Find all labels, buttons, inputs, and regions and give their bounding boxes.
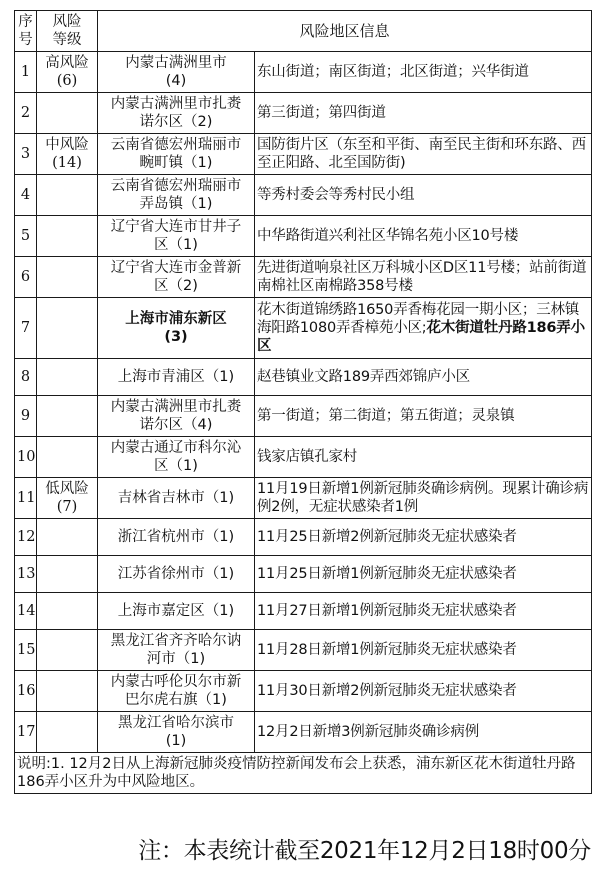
area-name-line: 诺尔区（2) bbox=[100, 113, 252, 131]
area-name-cell: 吉林省吉林市（1) bbox=[98, 478, 255, 519]
area-name-line: 区（1) bbox=[100, 236, 252, 254]
risk-area-table: 序 号 风险 等级 风险地区信息 1高风险(6)内蒙古满洲里市(4)东山街道；南… bbox=[14, 10, 592, 794]
area-name-cell: 上海市浦东新区(3) bbox=[98, 298, 255, 359]
table-row: 7上海市浦东新区(3)花木街道锦绣路1650弄香梅花园一期小区；三林镇海阳路10… bbox=[15, 298, 592, 359]
risk-level-count: (14) bbox=[39, 154, 95, 172]
risk-level-cell bbox=[37, 593, 98, 630]
table-row: 8上海市青浦区（1)赵巷镇业文路189弄西郊锦庐小区 bbox=[15, 359, 592, 396]
risk-level-cell bbox=[37, 175, 98, 216]
area-name-line: 黑龙江省齐齐哈尔讷 bbox=[100, 632, 252, 650]
area-detail-text: 国防街片区（东至和平街、南至民主街和环东路、西至正阳路、北至国防街) bbox=[257, 137, 586, 171]
area-name-line: 吉林省吉林市（1) bbox=[100, 489, 252, 507]
area-detail-text: 先进街道响泉社区万科城小区D区11号楼；站前街道南棉社区南棉路358号楼 bbox=[257, 260, 586, 294]
area-detail-text: 东山街道；南区街道；北区街道；兴华街道 bbox=[257, 64, 529, 80]
risk-level-cell: 中风险(14) bbox=[37, 134, 98, 175]
header-serial-number: 序 号 bbox=[15, 11, 37, 52]
serial-number-cell: 12 bbox=[15, 519, 37, 556]
table-row: 17黑龙江省哈尔滨市(1)12月2日新增3例新冠肺炎确诊病例 bbox=[15, 712, 592, 753]
area-detail-cell: 11月25日新增2例新冠肺炎无症状感染者 bbox=[255, 519, 592, 556]
area-detail-cell: 11月27日新增1例新冠肺炎无症状感染者 bbox=[255, 593, 592, 630]
serial-number-cell: 14 bbox=[15, 593, 37, 630]
area-detail-cell: 11月30日新增2例新冠肺炎无症状感染者 bbox=[255, 671, 592, 712]
area-name-line: 黑龙江省哈尔滨市 bbox=[100, 714, 252, 732]
serial-number-cell: 7 bbox=[15, 298, 37, 359]
area-name-line: 河市（1) bbox=[100, 650, 252, 668]
area-name-cell: 黑龙江省齐齐哈尔讷河市（1) bbox=[98, 630, 255, 671]
table-row: 5辽宁省大连市甘井子区（1)中华路街道兴利社区华锦名苑小区10号楼 bbox=[15, 216, 592, 257]
area-name-cell: 黑龙江省哈尔滨市(1) bbox=[98, 712, 255, 753]
area-detail-text: 11月28日新增1例新冠肺炎无症状感染者 bbox=[257, 642, 517, 658]
area-name-line: 区（1) bbox=[100, 457, 252, 475]
area-name-cell: 云南省德宏州瑞丽市弄岛镇（1) bbox=[98, 175, 255, 216]
area-detail-text: 第三街道；第四街道 bbox=[257, 105, 386, 121]
area-name-line: 内蒙古通辽市科尔沁 bbox=[100, 439, 252, 457]
note-row: 说明:1. 12月2日从上海新冠肺炎疫情防控新闻发布会上获悉，浦东新区花木街道牡… bbox=[15, 753, 592, 794]
table-body: 1高风险(6)内蒙古满洲里市(4)东山街道；南区街道；北区街道；兴华街道2内蒙古… bbox=[15, 52, 592, 753]
area-name-line: 内蒙古呼伦贝尔市新 bbox=[100, 673, 252, 691]
serial-number-cell: 5 bbox=[15, 216, 37, 257]
risk-level-cell bbox=[37, 396, 98, 437]
serial-number-cell: 13 bbox=[15, 556, 37, 593]
risk-level-cell bbox=[37, 556, 98, 593]
area-name-line: 上海市浦东新区 bbox=[100, 310, 252, 328]
area-detail-text: 11月27日新增1例新冠肺炎无症状感染者 bbox=[257, 603, 517, 619]
serial-number-cell: 6 bbox=[15, 257, 37, 298]
risk-level-cell bbox=[37, 216, 98, 257]
risk-level-cell bbox=[37, 93, 98, 134]
table-row: 1高风险(6)内蒙古满洲里市(4)东山街道；南区街道；北区街道；兴华街道 bbox=[15, 52, 592, 93]
risk-level-cell: 低风险(7) bbox=[37, 478, 98, 519]
area-detail-cell: 中华路街道兴利社区华锦名苑小区10号楼 bbox=[255, 216, 592, 257]
area-name-line: (3) bbox=[100, 328, 252, 346]
area-detail-text: 赵巷镇业文路189弄西郊锦庐小区 bbox=[257, 369, 470, 385]
serial-number-cell: 17 bbox=[15, 712, 37, 753]
risk-level-label: 高风险 bbox=[39, 54, 95, 72]
area-name-line: 弄岛镇（1) bbox=[100, 195, 252, 213]
area-detail-cell: 国防街片区（东至和平街、南至民主街和环东路、西至正阳路、北至国防街) bbox=[255, 134, 592, 175]
risk-level-cell bbox=[37, 630, 98, 671]
table-row: 11低风险(7)吉林省吉林市（1)11月19日新增1例新冠肺炎确诊病例。现累计确… bbox=[15, 478, 592, 519]
note-text: 说明:1. 12月2日从上海新冠肺炎疫情防控新闻发布会上获悉，浦东新区花木街道牡… bbox=[15, 753, 592, 794]
risk-level-label: 中风险 bbox=[39, 136, 95, 154]
serial-number-cell: 2 bbox=[15, 93, 37, 134]
area-name-cell: 辽宁省大连市金普新区（2) bbox=[98, 257, 255, 298]
header-serial-line-1: 序 bbox=[17, 13, 34, 31]
table-row: 16内蒙古呼伦贝尔市新巴尔虎右旗（1)11月30日新增2例新冠肺炎无症状感染者 bbox=[15, 671, 592, 712]
area-name-cell: 云南省德宏州瑞丽市畹町镇（1) bbox=[98, 134, 255, 175]
header-risk-level: 风险 等级 bbox=[37, 11, 98, 52]
area-detail-cell: 11月25日新增1例新冠肺炎无症状感染者 bbox=[255, 556, 592, 593]
area-name-cell: 内蒙古呼伦贝尔市新巴尔虎右旗（1) bbox=[98, 671, 255, 712]
area-detail-text: 中华路街道兴利社区华锦名苑小区10号楼 bbox=[257, 228, 518, 244]
risk-level-count: (6) bbox=[39, 72, 95, 90]
risk-level-cell bbox=[37, 298, 98, 359]
serial-number-cell: 10 bbox=[15, 437, 37, 478]
header-level-line-2: 等级 bbox=[39, 31, 95, 49]
table-row: 6辽宁省大连市金普新区（2)先进街道响泉社区万科城小区D区11号楼；站前街道南棉… bbox=[15, 257, 592, 298]
risk-level-count: (7) bbox=[39, 498, 95, 516]
risk-level-cell bbox=[37, 359, 98, 396]
area-detail-text: 第一街道；第二街道；第五街道；灵泉镇 bbox=[257, 408, 514, 424]
area-detail-cell: 12月2日新增3例新冠肺炎确诊病例 bbox=[255, 712, 592, 753]
area-name-line: 云南省德宏州瑞丽市 bbox=[100, 177, 252, 195]
serial-number-cell: 4 bbox=[15, 175, 37, 216]
table-row: 4云南省德宏州瑞丽市弄岛镇（1)等秀村委会等秀村民小组 bbox=[15, 175, 592, 216]
area-name-line: 畹町镇（1) bbox=[100, 154, 252, 172]
area-detail-text: 11月30日新增2例新冠肺炎无症状感染者 bbox=[257, 683, 517, 699]
area-name-line: 辽宁省大连市甘井子 bbox=[100, 218, 252, 236]
risk-level-cell bbox=[37, 712, 98, 753]
area-detail-cell: 第三街道；第四街道 bbox=[255, 93, 592, 134]
table-row: 10内蒙古通辽市科尔沁区（1)钱家店镇孔家村 bbox=[15, 437, 592, 478]
area-name-cell: 内蒙古通辽市科尔沁区（1) bbox=[98, 437, 255, 478]
area-name-cell: 辽宁省大连市甘井子区（1) bbox=[98, 216, 255, 257]
area-name-line: (4) bbox=[100, 72, 252, 90]
area-name-line: 内蒙古满洲里市 bbox=[100, 54, 252, 72]
area-name-line: (1) bbox=[100, 732, 252, 750]
area-name-line: 上海市嘉定区（1) bbox=[100, 602, 252, 620]
area-detail-cell: 11月28日新增1例新冠肺炎无症状感染者 bbox=[255, 630, 592, 671]
serial-number-cell: 16 bbox=[15, 671, 37, 712]
serial-number-cell: 9 bbox=[15, 396, 37, 437]
area-name-cell: 江苏省徐州市（1) bbox=[98, 556, 255, 593]
area-name-cell: 上海市嘉定区（1) bbox=[98, 593, 255, 630]
serial-number-cell: 1 bbox=[15, 52, 37, 93]
area-name-line: 区（2) bbox=[100, 277, 252, 295]
serial-number-cell: 3 bbox=[15, 134, 37, 175]
serial-number-cell: 11 bbox=[15, 478, 37, 519]
table-row: 14上海市嘉定区（1)11月27日新增1例新冠肺炎无症状感染者 bbox=[15, 593, 592, 630]
area-name-cell: 上海市青浦区（1) bbox=[98, 359, 255, 396]
area-detail-cell: 东山街道；南区街道；北区街道；兴华街道 bbox=[255, 52, 592, 93]
area-detail-text: 11月19日新增1例新冠肺炎确诊病例。现累计确诊病例2例，无症状感染者1例 bbox=[257, 481, 588, 515]
table-header-row: 序 号 风险 等级 风险地区信息 bbox=[15, 11, 592, 52]
area-detail-text: 等秀村委会等秀村民小组 bbox=[257, 187, 414, 203]
area-detail-cell: 赵巷镇业文路189弄西郊锦庐小区 bbox=[255, 359, 592, 396]
header-serial-line-2: 号 bbox=[17, 31, 34, 49]
risk-level-label: 低风险 bbox=[39, 480, 95, 498]
area-detail-cell: 花木街道锦绣路1650弄香梅花园一期小区；三林镇海阳路1080弄香樟苑小区;花木… bbox=[255, 298, 592, 359]
area-name-line: 江苏省徐州市（1) bbox=[100, 565, 252, 583]
risk-level-cell bbox=[37, 671, 98, 712]
risk-level-cell bbox=[37, 257, 98, 298]
area-name-line: 上海市青浦区（1) bbox=[100, 368, 252, 386]
area-detail-cell: 等秀村委会等秀村民小组 bbox=[255, 175, 592, 216]
area-name-cell: 内蒙古满洲里市扎赉诺尔区（2) bbox=[98, 93, 255, 134]
area-name-line: 浙江省杭州市（1) bbox=[100, 528, 252, 546]
area-name-cell: 内蒙古满洲里市(4) bbox=[98, 52, 255, 93]
area-detail-text: 11月25日新增1例新冠肺炎无症状感染者 bbox=[257, 566, 517, 582]
area-name-line: 诺尔区（4) bbox=[100, 416, 252, 434]
area-name-line: 内蒙古满洲里市扎赉 bbox=[100, 95, 252, 113]
table-row: 2内蒙古满洲里市扎赉诺尔区（2)第三街道；第四街道 bbox=[15, 93, 592, 134]
serial-number-cell: 15 bbox=[15, 630, 37, 671]
area-detail-text: 11月25日新增2例新冠肺炎无症状感染者 bbox=[257, 529, 517, 545]
area-name-line: 辽宁省大连市金普新 bbox=[100, 259, 252, 277]
table-row: 3中风险(14)云南省德宏州瑞丽市畹町镇（1)国防街片区（东至和平街、南至民主街… bbox=[15, 134, 592, 175]
area-detail-cell: 先进街道响泉社区万科城小区D区11号楼；站前街道南棉社区南棉路358号楼 bbox=[255, 257, 592, 298]
table-row: 9内蒙古满洲里市扎赉诺尔区（4)第一街道；第二街道；第五街道；灵泉镇 bbox=[15, 396, 592, 437]
area-name-line: 内蒙古满洲里市扎赉 bbox=[100, 398, 252, 416]
table-row: 12浙江省杭州市（1)11月25日新增2例新冠肺炎无症状感染者 bbox=[15, 519, 592, 556]
header-level-line-1: 风险 bbox=[39, 13, 95, 31]
area-detail-cell: 11月19日新增1例新冠肺炎确诊病例。现累计确诊病例2例，无症状感染者1例 bbox=[255, 478, 592, 519]
risk-level-cell bbox=[37, 519, 98, 556]
area-name-line: 巴尔虎右旗（1) bbox=[100, 691, 252, 709]
area-detail-text: 钱家店镇孔家村 bbox=[257, 449, 357, 465]
table-row: 15黑龙江省齐齐哈尔讷河市（1)11月28日新增1例新冠肺炎无症状感染者 bbox=[15, 630, 592, 671]
risk-level-cell bbox=[37, 437, 98, 478]
risk-level-cell: 高风险(6) bbox=[37, 52, 98, 93]
header-risk-area-info: 风险地区信息 bbox=[98, 11, 592, 52]
area-detail-cell: 第一街道；第二街道；第五街道；灵泉镇 bbox=[255, 396, 592, 437]
serial-number-cell: 8 bbox=[15, 359, 37, 396]
table-row: 13江苏省徐州市（1)11月25日新增1例新冠肺炎无症状感染者 bbox=[15, 556, 592, 593]
area-name-cell: 浙江省杭州市（1) bbox=[98, 519, 255, 556]
area-name-cell: 内蒙古满洲里市扎赉诺尔区（4) bbox=[98, 396, 255, 437]
statistics-cutoff-footer: 注：本表统计截至2021年12月2日18时00分 bbox=[138, 836, 591, 866]
risk-area-table-container: 序 号 风险 等级 风险地区信息 1高风险(6)内蒙古满洲里市(4)东山街道；南… bbox=[14, 10, 591, 794]
area-detail-cell: 钱家店镇孔家村 bbox=[255, 437, 592, 478]
area-detail-text: 12月2日新增3例新冠肺炎确诊病例 bbox=[257, 724, 479, 740]
area-name-line: 云南省德宏州瑞丽市 bbox=[100, 136, 252, 154]
